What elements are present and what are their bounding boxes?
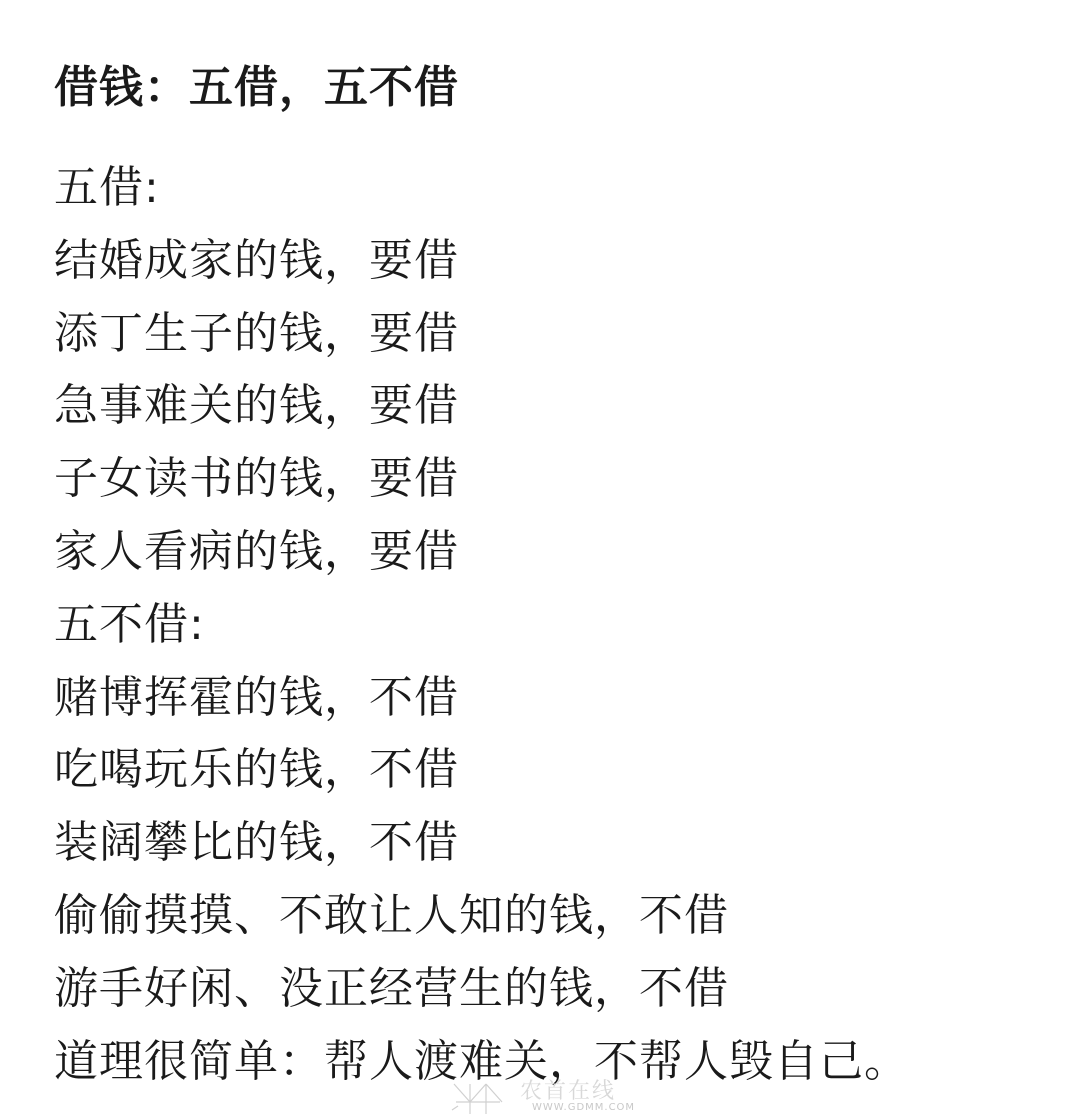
watermark: 农首在线 WWW.GDMM.COM bbox=[448, 1080, 638, 1116]
list-item: 急事难关的钱，要借 bbox=[54, 370, 909, 443]
section-heading-lend: 五借: bbox=[54, 152, 909, 225]
list-item: 吃喝玩乐的钱，不借 bbox=[54, 734, 909, 807]
list-item: 游手好闲、没正经营生的钱，不借 bbox=[54, 953, 909, 1026]
list-item: 家人看病的钱，要借 bbox=[54, 516, 909, 589]
list-item: 结婚成家的钱，要借 bbox=[54, 225, 909, 298]
list-item: 偷偷摸摸、不敢让人知的钱，不借 bbox=[54, 880, 909, 953]
list-item: 装阔攀比的钱，不借 bbox=[54, 807, 909, 880]
document-title: 借钱：五借，五不借 bbox=[54, 58, 459, 118]
watermark-text: 农首在线 bbox=[520, 1080, 616, 1104]
list-item: 子女读书的钱，要借 bbox=[54, 443, 909, 516]
section-heading-not-lend: 五不借: bbox=[54, 589, 909, 662]
watermark-url: WWW.GDMM.COM bbox=[532, 1102, 635, 1114]
list-item: 添丁生子的钱，要借 bbox=[54, 298, 909, 371]
watermark-logo-icon bbox=[448, 1080, 508, 1116]
list-item: 赌博挥霍的钱，不借 bbox=[54, 662, 909, 735]
document-body: 五借: 结婚成家的钱，要借 添丁生子的钱，要借 急事难关的钱，要借 子女读书的钱… bbox=[54, 152, 909, 1098]
